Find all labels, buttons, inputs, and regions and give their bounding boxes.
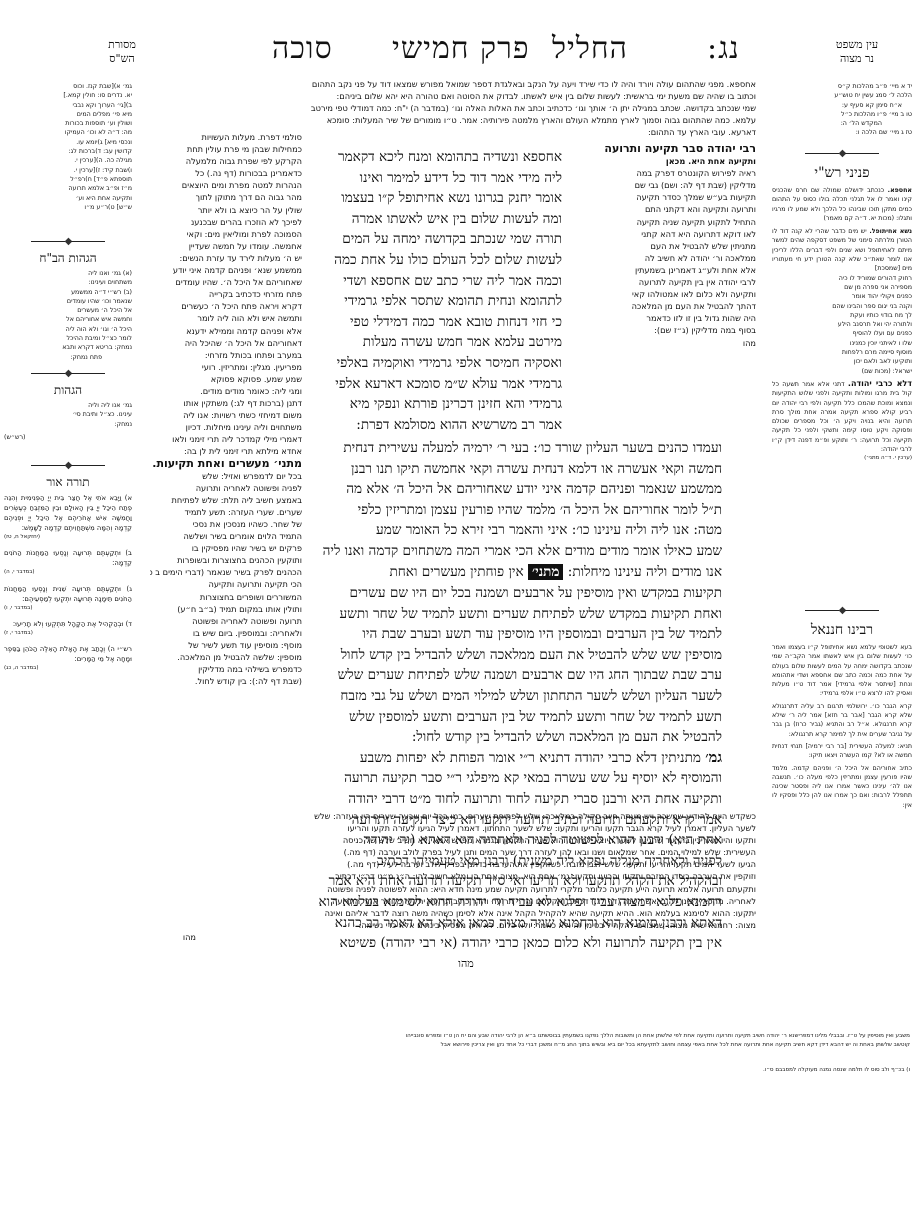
gemara-line: חמשה וקאי אעשרה או דלמא דנחית עשרה וקאי …	[310, 459, 722, 480]
torah-or-verse: ג) וּתְקַעְתֶּם תְּרוּעָה שֵׁנִית וְנָסְ…	[4, 584, 132, 604]
rashi-line: דאמרי מילי קמדכר ליה תרי זימני ולאו	[150, 433, 302, 445]
penei-rashi-entry: נשא אחיתופל. יש מים כדבר שהרי לא קנה דוד…	[772, 227, 912, 273]
gloss-line: כפנים עם ועלו להוסיף	[772, 329, 912, 338]
gemara-line: מירטב עלמא אמר חמש עשרה מעלות	[310, 332, 562, 353]
gloss-line: מספירה אני ספרה מן שם	[772, 283, 912, 292]
gemara-line: ותקיעה אחת היא ורבנן סברי תקיעה לחוד ותר…	[210, 789, 722, 810]
habach-line: אל היכל ה׳ מעשרים	[4, 306, 132, 315]
masoret-line: גמ׳ א)[שבת קנז. וכוס	[4, 82, 132, 91]
rashi-line: ותקעתם תרועה אלמא תרועה הייע תקיעה כלומר…	[150, 883, 756, 895]
gemara-line: אמר רב משרשיא ההוא מסולמא דפרת:	[310, 415, 562, 436]
commentary-line: לאו דוקא דתרועה היא דהא קתני	[568, 228, 756, 240]
masoret-hashas-header: מסורת הש"ס	[92, 38, 152, 66]
chananel-paragraph: בעא לשטופי עלמא נשא אחיתופל ק״ו בעצמו וא…	[772, 643, 912, 699]
mishna-line: אין פוחתין מעשרים ואחת	[389, 564, 523, 580]
footer-line: קוטשב שלשתן באחת וה יש דהבא דידן דקא חשי…	[20, 1041, 910, 1050]
masoret-label-line1: מסורת	[92, 38, 152, 52]
habach-line: וחמשה איש אחוריהם אל	[4, 315, 132, 324]
rashi-line: של שחר. כשהיו מנסכין את נסכי	[150, 518, 302, 530]
rashi-line: הנהרות למטה מפרת ומים היוצאים	[150, 179, 302, 191]
rashi-line: אחדא מילתא תרי זימני לית לן בה:	[150, 445, 302, 457]
gemara-line: ממשמע שנאמר ופניהם קדמה איני יודע שאחורי…	[310, 479, 722, 500]
hagahot-line: נמחק:	[4, 420, 132, 429]
gemara-line: לעשות שלום לכל העולם כולו על אחת כמה	[310, 250, 562, 271]
hagahot-habach-title: הגהות הב"ח	[4, 251, 132, 266]
rashi-line: ומגי ליה: כאומר מודים מודים.	[150, 385, 302, 397]
gemara-lower-block: ועמדו כהנים בשער העליון שורד כו׳: בעי ר׳…	[310, 438, 722, 541]
ein-mishpat-header: עין משפט נר מצוה	[822, 38, 892, 66]
gemara-line: ואחת תקיעות במקדש שלש לפתיחת שערים ותשע …	[210, 604, 722, 625]
masoret-line: מה: ד״ה לא וכו׳ העמיקו	[4, 128, 132, 137]
rashi-line: דאחוריהם אל היכל ה׳ שהיכל היה	[150, 337, 302, 349]
habach-line: (ב) רש״י ד״ה ממשמע	[4, 288, 132, 297]
masoret-line: תוספתא פ״ד] ח)רפ״ל	[4, 175, 132, 184]
gemara-line: אנו מודים וליה עינינו מיחלות:	[568, 564, 722, 580]
catchword: מהו	[210, 954, 722, 975]
torah-or-verse: א) וַיָּבֵא אֹתִי אֶל חֲצַר בֵּית יְיָ ה…	[4, 493, 132, 533]
rashi-line: לשער העליון. דאמרן לעיל קרא הגבר תקעו וה…	[150, 822, 756, 834]
gloss-line: לך מח בודוי כותיו ועקת	[772, 311, 912, 320]
verse-citation: (במדבר י, ז)	[4, 629, 132, 638]
commentary-line: מדליקין (שבת דף לה: ושם) גבי שם	[568, 179, 756, 191]
commentary-line: אלא אחת ולע״ג דאמרינן בשמעתין	[568, 264, 756, 276]
gemara-line: ת״ל לומר אחוריהם אל היכל ה׳ מלמד שהיו פו…	[310, 500, 722, 521]
penei-rashi-entry: אחספא. כנכתב ידושלם שמולה שם חרס שהכניס …	[772, 186, 912, 223]
masoret-line: ותקיעה אחת היא וע׳	[4, 194, 132, 203]
commentary-line: לרבי יהודה אין בין תקיעה לתרועה	[568, 276, 756, 288]
verse-citation: (במדבר י, ה)	[4, 568, 132, 577]
rashi-line: לאחריה. מהכא ילפינן לה בראש השנה (דף לג.…	[150, 895, 756, 907]
torah-or-verse: ד) וּבְהַקְהִיל אֶת הַקָּהָל תִּתְקְעוּ …	[4, 619, 132, 629]
mishna-label: מתני׳	[528, 564, 563, 580]
masoret-line: יא. נדרים סו: חולין קמא.]	[4, 91, 132, 100]
rashi-line: וזוקפין את הערבה בצידי המזבח ותקעו והריע…	[150, 870, 756, 882]
hagahot-line: גמ׳ אנו ליה וליה	[4, 401, 132, 410]
gemara-line: והמוסיף לא יוסיף על שש עשרה במאי קא מיפל…	[210, 768, 722, 789]
masoret-hashas-block: גמ׳ א)[שבת קנז. וכוס יא. נדרים סו: חולין…	[4, 82, 132, 212]
rashi-bottom-block: כשקדש היום להודיע שמשכה ויש מעתה חיוב סק…	[150, 810, 756, 943]
rashi-top-block: אחספא. מפני שהתהום עולה ויורד והיה לו כד…	[150, 78, 756, 138]
masoret-line: ו)שבת קיד: ז)[ערכין י.	[4, 166, 132, 175]
gemara-line: לשער העליון ושלש לשער התחתון ושלש למילוי…	[210, 686, 722, 707]
verse-citation: (במדבר ה, כג)	[4, 664, 132, 673]
masoret-line: קדושין עב: ד)ברכות לג:	[4, 147, 132, 156]
gloss-line: כפנים ויקולי יהוד אומר	[772, 292, 912, 301]
gemara-line: מטה: אנו ליה וליה עינינו כו׳: איני והאמר…	[310, 520, 722, 541]
gemara-label: גמ׳	[705, 749, 722, 766]
habach-line: היכל ה׳ וגו׳ ולא הוה ליה	[4, 325, 132, 334]
commentary-line: תקיעות בע״ש שמלך כסדר תקיעה	[568, 191, 756, 203]
ein-mishpat-line: הלכה ל׳ סמג עשין יח טוש״ע	[772, 91, 912, 100]
rashi-line: באמצע חשיב ליה תלת: שלש לפתיחת	[150, 494, 302, 506]
rabbeinu-chananel-section: ◆ רבינו חננאל בעא לשטופי עלמא נשא אחיתופ…	[772, 605, 912, 810]
rashi-line: ותמשה איש ולא הוה ליה לומר	[150, 312, 302, 324]
rabbeinu-chananel-title: רבינו חננאל	[772, 622, 912, 639]
rashi-line: פתח מזרחי כדכתיב בקרייה	[150, 288, 302, 300]
rashi-line: דקרא ויראה פתח היכל ה׳ כעשרים	[150, 300, 302, 312]
masoret-line: ונכסי מיא] ג)יומא עו.	[4, 138, 132, 147]
entry-citation: (ערכין י. ד״ה מתני׳)	[772, 454, 912, 463]
gemara-line: אומר יחנק בגרונו נשא אחיתופל ק״ו בעצמו	[310, 188, 562, 209]
gemara-line: שמע כאילו אומר מודים מודים אלא הכי אמרי …	[310, 541, 722, 562]
gemara-line: להבטיל את העם מן המלאכה ושלש להבדיל בין …	[210, 727, 722, 748]
rashi-line: התמיד הלוים אומרים בשיר ושלשה	[150, 530, 302, 542]
commentary-line: רבי יהודה סבר תקיעה ותרועה	[568, 143, 756, 155]
habach-line: משתחוים ועינינו:	[4, 278, 132, 287]
gloss-line: מוסוף סיימה מרם רלפחות	[772, 348, 912, 357]
entry-text: דתני אלא אמר תשעה כל קול בית מרגו ומולות…	[772, 381, 912, 453]
hagahot-section: ◆ הגהות גמ׳ אנו ליה וליה עינינו. כצ״ל ות…	[4, 368, 132, 442]
tosafot-footer: משבע ואין מוסיפין על ט״ז. ובבבלי מלינו ד…	[20, 1032, 910, 1050]
daf-number: נג:	[707, 32, 740, 66]
habach-line: לומר כצ״ל ומיבת ההיכל	[4, 334, 132, 343]
verse-citation: (יחזקאל ח, טז)	[4, 533, 132, 542]
rashi-line: ותקעו והיו מאריכין בהן עד שהגיעו לשער הי…	[150, 834, 756, 846]
entry-heading: דלא כרבי יהודה.	[848, 379, 912, 388]
habach-line: (א) גמ׳ ואנו ליה	[4, 269, 132, 278]
commentary-line: ותקיעה ולא כלום לאו אמטולהו קאי	[568, 288, 756, 300]
torah-or-section: ◆ תורה אור א) וַיָּבֵא אֹתִי אֶל חֲצַר ב…	[4, 460, 132, 673]
rashi-line: יש ה׳ מעלות לירד עד עזרת הנשים:	[150, 252, 302, 264]
commentary-line: ממלאכה ור׳ יהודה לא חשיב לה	[568, 252, 756, 264]
ein-mishpat-label-line1: עין משפט	[822, 38, 892, 52]
masoret-line: מיא פי׳ מפלים המים	[4, 110, 132, 119]
rashi-line: מתני׳ מעשרים ואחת תקיעות.	[150, 458, 302, 470]
gemara-line: אחספא ונשדיה בתהומא ומנח ליכא דקאמר	[310, 147, 562, 168]
entry-heading: נשא אחיתופל.	[869, 228, 912, 235]
gloss-line: רחוק דהורים שמוריד לו כיה	[772, 274, 912, 283]
chapter-name: החליל	[552, 32, 628, 66]
rashi-line: אחספא. מפני שהתהום עולה ויורד והיה לו כד…	[150, 78, 756, 90]
footer-line: משבע ואין מוסיפין על ט״ז. ובבבלי מלינו ד…	[20, 1032, 910, 1041]
gloss-line: ותוקיעו לאב ולאם יכון	[772, 357, 912, 366]
gemara-line: ערב שבת שבתוך החג היו שם ארבעים ושמנה של…	[210, 665, 722, 686]
commentary-line: היה שהות גדול בין זו לזו כדאמר	[568, 312, 756, 324]
rashi-line: שמע שמע. פסוקא פסוקא	[150, 373, 302, 385]
gloss-line: ולתורה יהי ואל תרסנב הילע	[772, 320, 912, 329]
chapter-number: פרק חמישי	[392, 32, 530, 66]
rashi-line: שערים. שערי העזרה: תשע לתמיד	[150, 506, 302, 518]
chananel-paragraph: תניא: למעלה העשירית [בר רבי ירמיה] תנחי …	[772, 742, 912, 761]
gemara-line: תשע לתמיד של שחר ותשע לתמיד של בין הערבי…	[210, 707, 722, 728]
rashi-line: הקרקע לפי שפרת גבוה מלמעלה	[150, 155, 302, 167]
masoret-line: ב)[גי׳ הערוך וקא נבבי	[4, 101, 132, 110]
ein-mishpat-label-line2: נר מצוה	[822, 52, 892, 66]
rashi-line: עלמא. כמה שהתהום גבוה וסמוך לארץ מתמלא ה…	[150, 114, 756, 126]
gloss-line: שלו ו לאיתני יוכין כמנינו	[772, 339, 912, 348]
gemara-line: ואסקיה חמיסר אלפי גרמידי ואוקמיה באלפי	[310, 353, 562, 374]
gemara-line: לתהומא ונחית תהומא שתסר אלפי גרמידי	[310, 291, 562, 312]
gemara-line: תורה שמי שנכתב בקדושה ימחה על המים	[310, 229, 562, 250]
ein-mishpat-line: א״ח סימן קא סעיף ע:	[772, 101, 912, 110]
gloss-line: וקנה בני יגום ספר והבינו שהם	[772, 302, 912, 311]
rashi-line: משום דמיחזי כשתי רשויות: אנו ליה	[150, 409, 302, 421]
habach-line: נמחק: בריטא דקרא ותבא	[4, 343, 132, 352]
gemara-line: ומה לעשות שלום בין איש לאשתו אמרה	[310, 209, 562, 230]
rashi-line: כמחילות שבהן מי פרת עולין תחת	[150, 143, 302, 155]
torah-or-verse: רש״י ה) וְכָתַב אֶת הָאָלֹת הָאֵלֶּה הַכ…	[4, 644, 132, 664]
gemara-upper-block: אחספא ונשדיה בתהומא ומנח ליכא דקאמר ליה …	[310, 147, 562, 435]
verse-citation: (במדבר י, ו)	[4, 604, 132, 613]
rashi-line: פרקים יש בשיר שהיו מפסיקין בו	[150, 542, 302, 554]
penei-rashi-section: ◆ פניני רש"י אחספא. כנכתב ידושלם שמולה ש…	[772, 148, 912, 464]
gemara-line: ליה מידי אמר דוד כל דידע למימר ואינו	[310, 168, 562, 189]
rashi-line: אלא ופניהם קדמה וממילא ידענא	[150, 325, 302, 337]
catchword: מהו	[150, 931, 756, 943]
masoret-line: מ״ז ופ״ב אלמא תרועה	[4, 184, 132, 193]
chananel-paragraph: כתיב אחוריהם אל היכל ה׳ ופניהם קדמה. מלמ…	[772, 764, 912, 810]
rashi-line: שמי שנכתב בקדושה. שכתב במגילה יתן ה׳ אות…	[150, 102, 756, 114]
rashi-line: כשקדש היום להודיע שמשכה ויש מעתה חיוב סק…	[150, 810, 756, 822]
rashi-line: לפיכך לא הוזכרו בהרים שבכנענ	[150, 216, 302, 228]
rashi-line: מפריעין. מגלין: ומתריזין. רועי	[150, 361, 302, 373]
rashi-line: אחמשה. עומדו על חמשה שעדיין	[150, 240, 302, 252]
masoret-line: מגילה כה. ה)[ערכין י.	[4, 156, 132, 165]
penei-rashi-title: פניני רש"י	[772, 165, 912, 182]
ein-mishpat-line: טו ב מיי׳ פ״ו מהלכות כ״ל	[772, 110, 912, 119]
gemara-line: לתמיד של בין הערבים ובמוספין היו מוסיפין…	[210, 624, 722, 645]
divider-ornament-icon: ◆	[4, 460, 132, 471]
ein-mishpat-line: יד א מיי׳ פ״ב מהלכות ק״ס	[772, 82, 912, 91]
rashi-line: שאחוריהם אל היכל ה׳. שהיו עומדים	[150, 276, 302, 288]
footer-note: ו) בכ״ף ולב סוס לו תלמה שנסה נמנה מעוקלה…	[20, 1066, 910, 1075]
gemara-line: מתניתין דלא כרבי יהודה דתניא ר״י אומר הפ…	[360, 750, 701, 766]
rashi-line: בכל יום לדמפרש ואזיל: שלש	[150, 470, 302, 482]
torah-or-title: תורה אור	[4, 475, 132, 490]
gemara-lower-block-2: שמע כאילו אומר מודים מודים אלא הכי אמרי …	[310, 541, 722, 582]
gemara-line: מוסיפין שש שלש להבטיל את העם ממלאכה ושלש…	[210, 645, 722, 666]
commentary-line: ותקיעה אחת היא. מכאן	[568, 155, 756, 167]
rashi-line: ממשמע שנא׳ ופניהם קדמה איני יודע	[150, 264, 302, 276]
habach-line: שנאמר וכו׳ שהיו עומדים	[4, 297, 132, 306]
gemara-line: כי חזי דנחות טובא אמר כמה דמידלי טפי	[310, 312, 562, 333]
rashi-line: כדאמרינן בבכורות (דף נה.) כל	[150, 167, 302, 179]
mishna-start-line: אנו מודים וליה עינינו מיחלות: מתני׳ אין …	[310, 562, 722, 583]
rashi-line: לפניה ופשוטה לאחריה ותרועה	[150, 482, 302, 494]
hagahot-line: (רש״ש)	[4, 433, 132, 442]
penei-rashi-gloss: רחוק דהורים שמוריד לו כיה מספירה אני ספר…	[772, 274, 912, 376]
masoret-line: ש״ש] ט)ר״ע מ״ו	[4, 203, 132, 212]
torah-or-verse: ב) וּתְקַעְתֶּם תְּרוּעָה וְנָסְעוּ הַמַ…	[4, 548, 132, 568]
masoret-label-line2: הש"ס	[92, 52, 152, 66]
tractate-name: סוכה	[272, 32, 333, 66]
gemara-line: ועמדו כהנים בשער העליון שורד כו׳: בעי ר׳…	[310, 438, 722, 459]
commentary-line: התחיל לתקוע תקיעה שניה תקיעה	[568, 216, 756, 228]
commentary-line: בסוף במה מדליקין (ג״ז שם):	[568, 324, 756, 336]
divider-ornament-icon: ◆	[772, 605, 912, 616]
rashi-line: שולין על הר כיוצא בו ולא יותר	[150, 204, 302, 216]
gloss-line: ישראל: (מכות שם)	[772, 367, 912, 376]
hagahot-line: עינינו. כצ״ל ותיבת סי׳	[4, 410, 132, 419]
entry-heading: אחספא.	[888, 187, 912, 194]
commentary-line: מתניתין שלש להבטיל את העם	[568, 240, 756, 252]
ein-mishpat-line: טז ג מיי׳ שם הלכה ו:	[772, 128, 912, 137]
rashi-line: סולמי דפרת. מעלות העשויות	[150, 131, 302, 143]
hagahot-title: הגהות	[4, 383, 132, 398]
gemara-line: תקיעות במקדש ואין מוסיפין על ארבעים ושמנ…	[210, 583, 722, 604]
divider-ornament-icon: ◆	[772, 148, 912, 159]
commentary-right-column: רבי יהודה סבר תקיעה ותרועה ותקיעה אחת הי…	[568, 143, 756, 349]
commentary-line: מהו	[568, 337, 756, 349]
commentary-line: דהתך להבטיל את העם מן המלאכה	[568, 300, 756, 312]
gemara-line: וכמה אמר ליה שרי כתב שם אחספא ושדי	[310, 271, 562, 292]
commentary-line: ראיה לפירוש הקונטרס דפרק במה	[568, 167, 756, 179]
ein-mishpat-block: יד א מיי׳ פ״ב מהלכות ק״ס הלכה ל׳ סמג עשי…	[772, 82, 912, 138]
rashi-line: יתקעו: ההוא לסימנא בעלמא הוא. ההיא תקיעה…	[150, 907, 756, 919]
commentary-line: ותרועה ותקיעה והא דקתני התם	[568, 203, 756, 215]
habach-line: פתח נמחק:	[4, 353, 132, 362]
rashi-line: דתנן (ברכות דף לג:) משתקין אותו	[150, 397, 302, 409]
divider-ornament-icon: ◆	[4, 236, 132, 247]
chananel-paragraph: קרא הגבר כו׳. ירושלמי תרגום רב עליה דתרנ…	[772, 702, 912, 739]
rashi-line: הגיעו לשער המים תקעו והריעו ותקעו: שלש ל…	[150, 858, 756, 870]
ein-mishpat-line: המקדש הל׳ ה:	[772, 119, 912, 128]
divider-ornament-icon: ◆	[4, 368, 132, 379]
rashi-line: מצוה: רחמנא שויה מצוה. שמצווים להקהיל בס…	[150, 919, 756, 931]
penei-rashi-entry: דלא כרבי יהודה. דתני אלא אמר תשעה כל קול…	[772, 379, 912, 464]
rashi-line: וכתוב בו שהיה שם משעת ימי בראשית: לעשות …	[150, 90, 756, 102]
rashi-line: במערב ופתחו בכותל מזרחי:	[150, 349, 302, 361]
gemara-line: גרמידי והא חזינן דכרינן פורתא ונפקי מיא	[310, 394, 562, 415]
hagahot-habach-section: ◆ הגהות הב"ח (א) גמ׳ ואנו ליה משתחוים וע…	[4, 236, 132, 362]
rashi-line: ותוקעין הכהנים בחצוצרות ובשופרות	[150, 554, 302, 566]
rashi-line: העשירית: שלש למילוי המים. אחר שמלאום ושנ…	[150, 846, 756, 858]
rashi-line: מהר גבוה הם דרך מתוקן לתוך	[150, 191, 302, 203]
gemara-line: גרמידי אמר עולא ש״מ סומכא דארעא אלפי	[310, 374, 562, 395]
gemara-start-line: גמ׳ מתניתין דלא כרבי יהודה דתניא ר״י אומ…	[210, 748, 722, 769]
rashi-line: הכהנים לפרק בשיר שנאמר (דברי הימים ב כט)	[150, 566, 302, 578]
masoret-line: ושולין וע׳ תוספות בכורות	[4, 119, 132, 128]
rashi-line: משתחוים וליה עינינו מיחלות. דכיון	[150, 421, 302, 433]
rashi-line: הסמוכה לפרת ומוליאין מים: וקאי	[150, 228, 302, 240]
